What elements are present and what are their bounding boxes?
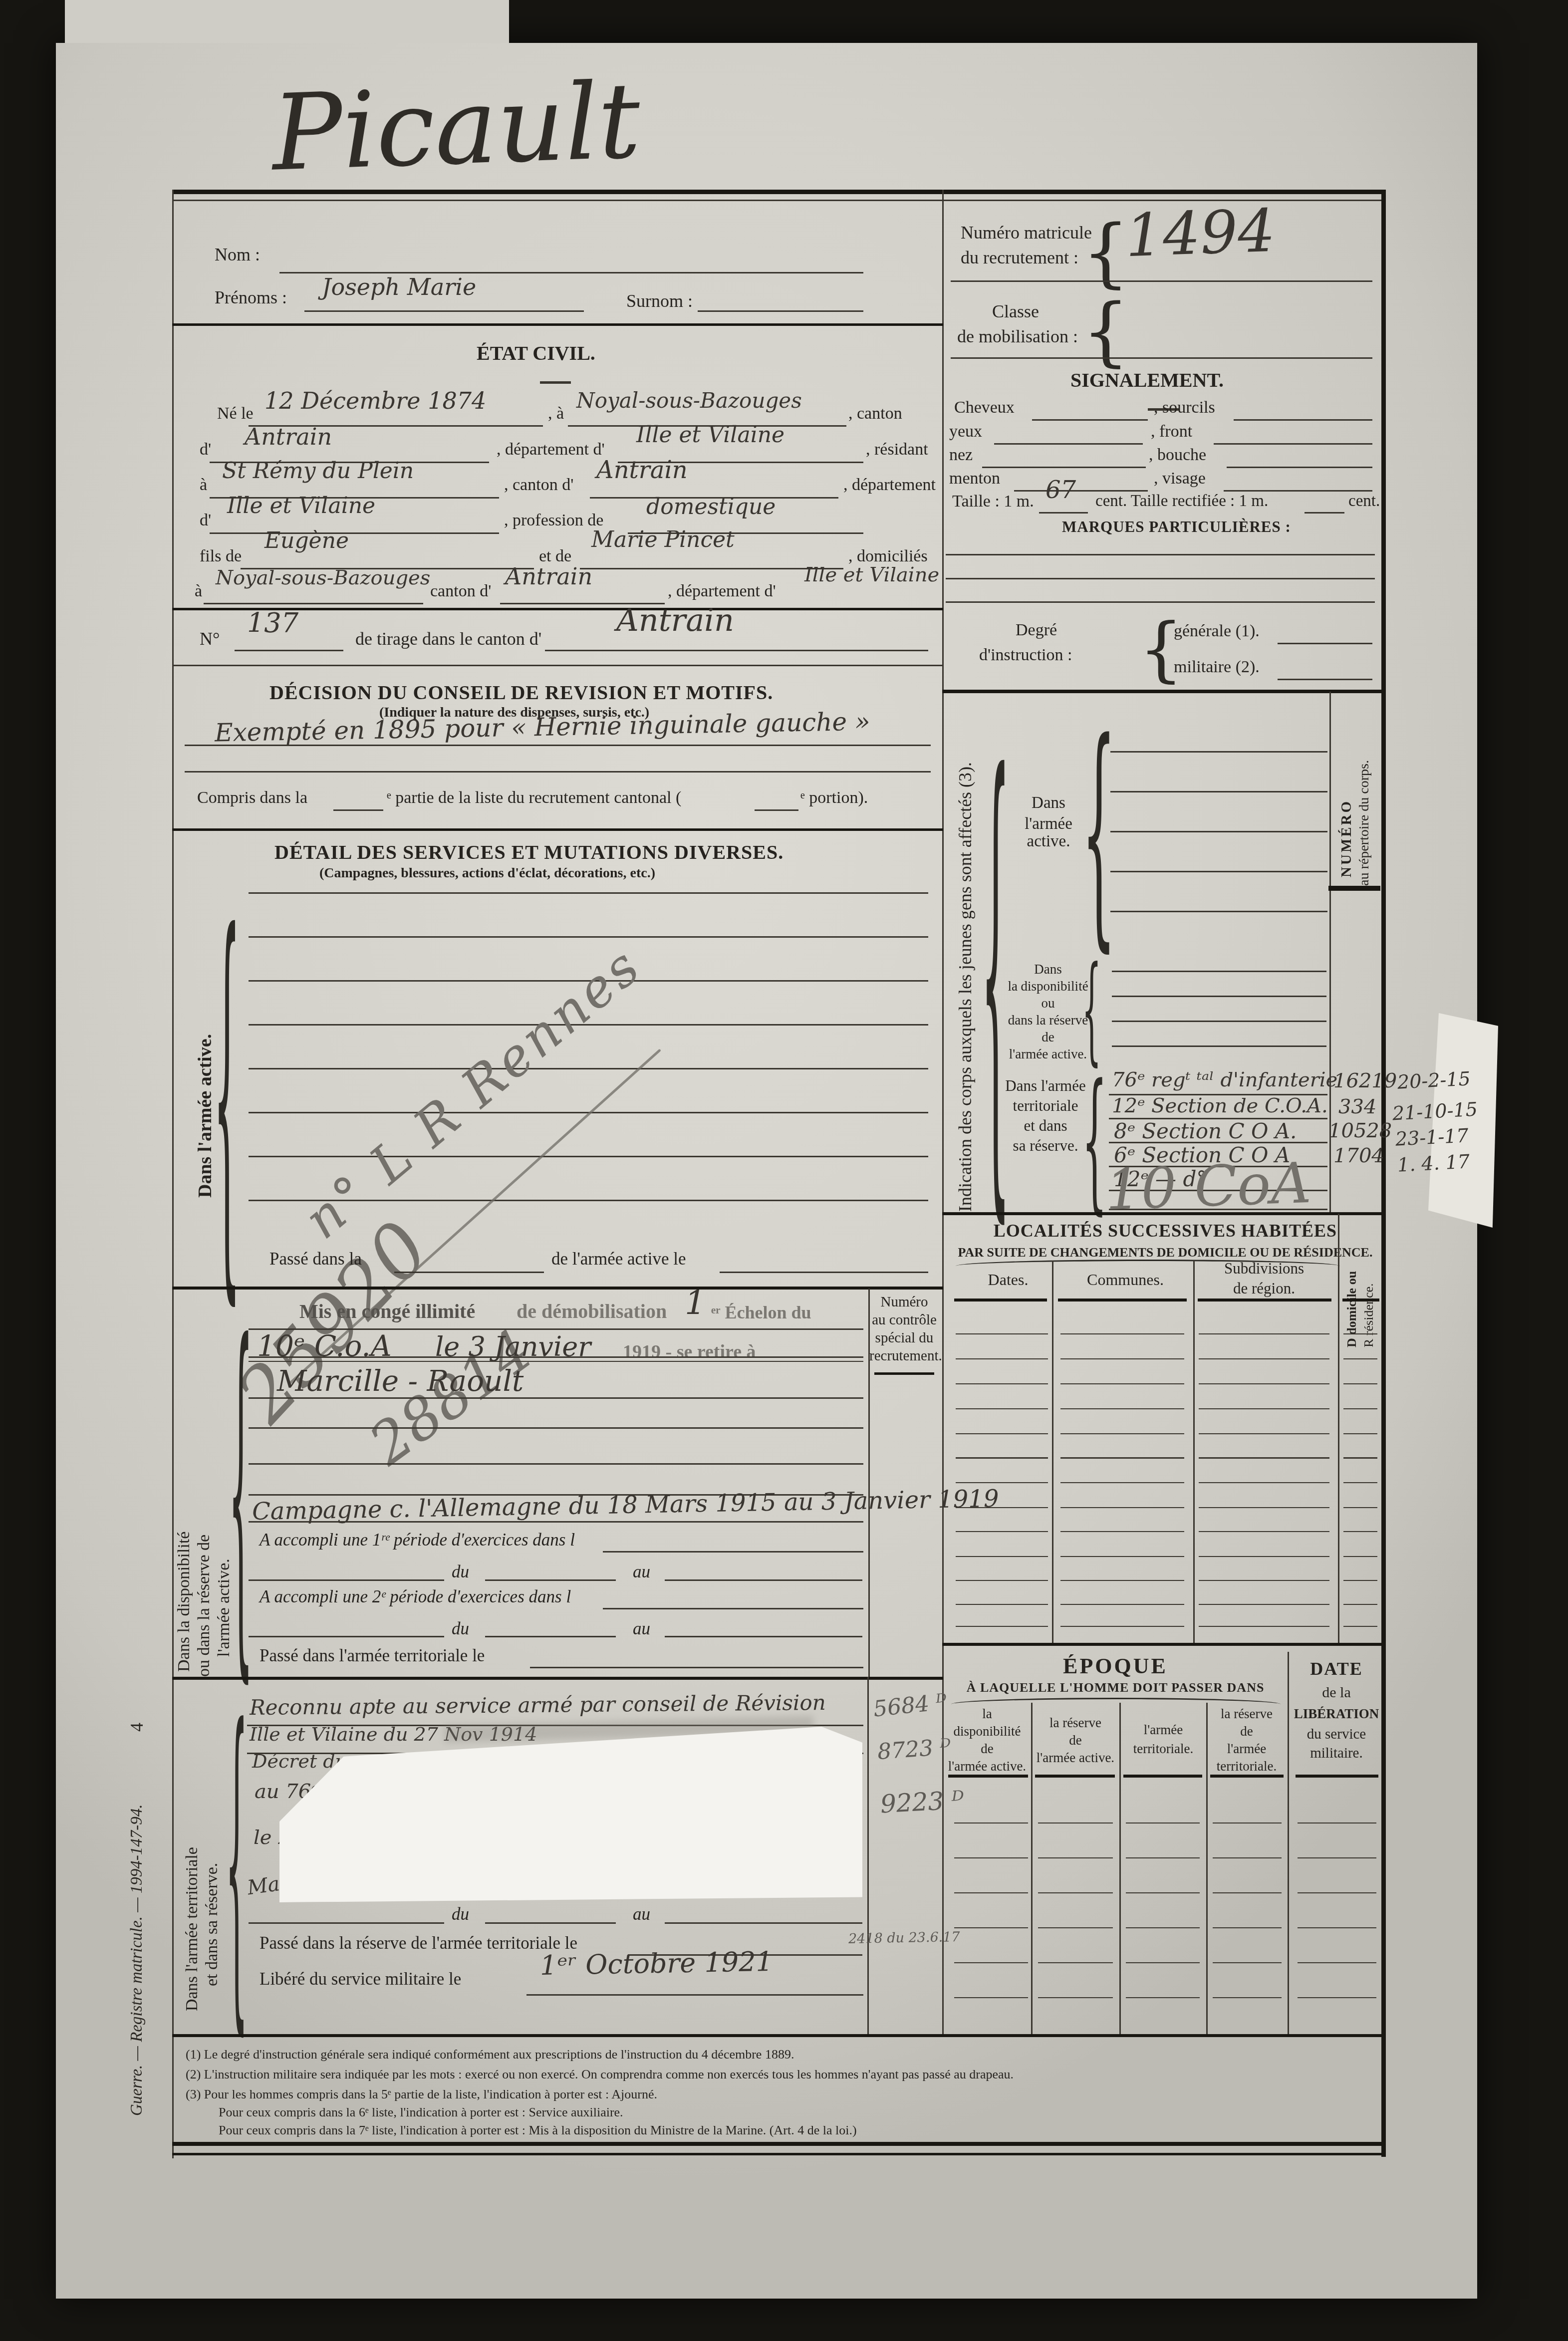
tirage-no-label: N°	[200, 630, 220, 648]
row-line	[1298, 1962, 1376, 1963]
line	[665, 1636, 862, 1637]
matricule-value: 1494	[1124, 201, 1276, 265]
profession-value: domestique	[646, 496, 776, 518]
margin-col-line	[867, 1677, 869, 2035]
corps-dispo-label-2: la disponibilité	[1003, 979, 1093, 993]
row-line	[954, 1927, 1028, 1928]
margin-date: 1. 4. 17	[1397, 1152, 1470, 1175]
adjacent-page-edge	[65, 0, 509, 43]
row-line	[954, 1997, 1028, 1998]
row-line	[956, 1408, 1048, 1409]
footnote-3: (3) Pour les hommes compris dans la 5ᵉ p…	[186, 2088, 657, 2101]
sourcils-label: , sourcils	[1154, 399, 1215, 416]
section-line	[172, 1677, 943, 1680]
conge-stamp-1: Mis en congé illimité	[299, 1301, 475, 1321]
corps-dispo-label-3: ou	[1003, 996, 1093, 1010]
epoque-c4: l'armée	[1210, 1742, 1284, 1756]
line	[994, 443, 1143, 445]
line	[394, 1272, 544, 1273]
taille-rectifiee-label: cent. Taille rectifiée : 1 m.	[1095, 493, 1268, 510]
line	[249, 1397, 863, 1399]
line	[1014, 490, 1148, 492]
line	[1110, 831, 1327, 832]
departement-value: Ille et Vilaine	[636, 424, 784, 446]
compris-c: ᵉ portion).	[800, 789, 868, 806]
au-label: au	[633, 1905, 650, 1923]
row-line	[1213, 1892, 1282, 1893]
line	[1110, 751, 1327, 753]
epoque-c2: de	[1034, 1733, 1117, 1747]
row-line	[1060, 1408, 1184, 1409]
table-col-line	[1031, 1703, 1033, 2035]
libere-value: 1ᵉʳ Octobre 1921	[540, 1948, 774, 1979]
row-line	[956, 1383, 1048, 1384]
hdr-underline	[1123, 1775, 1202, 1778]
classe-label-1: Classe	[992, 302, 1039, 320]
form-border-right	[1381, 190, 1386, 2157]
controle-label-2: au contrôle	[869, 1312, 939, 1327]
du-label: du	[452, 1563, 469, 1580]
degre-generale-label: générale (1).	[1174, 623, 1260, 640]
margin-caption: Guerre. — Registre matricule. — 1994-147…	[129, 1805, 145, 2116]
line	[249, 1636, 444, 1637]
passe-active-2: de l'armée active le	[551, 1250, 686, 1268]
taille-value: 67	[1045, 478, 1076, 502]
fils-label: fils de	[200, 548, 242, 565]
passe-territoriale-label: Passé dans l'armée territoriale le	[260, 1647, 485, 1664]
form-border-left	[172, 190, 174, 2158]
departement-label: , département d'	[497, 441, 605, 458]
conge-commune: Marcille - Raoult	[277, 1366, 523, 1395]
line	[204, 603, 423, 604]
row-line	[1199, 1457, 1329, 1459]
row-line	[1199, 1482, 1329, 1483]
table-col-line	[1193, 1261, 1195, 1645]
row-line	[1060, 1457, 1184, 1459]
row-line	[1298, 1822, 1376, 1823]
dep3-label: , département d'	[668, 583, 776, 600]
corps-dispo-brace: {	[1082, 951, 1101, 1068]
classe-line	[951, 357, 1372, 359]
row-line	[956, 1604, 1048, 1605]
line	[249, 892, 928, 894]
line	[665, 1579, 862, 1581]
etat-civil-title: ÉTAT CIVIL.	[477, 343, 595, 363]
controle-col-line	[868, 1289, 870, 1678]
section-line	[172, 1287, 943, 1290]
hdr-underline	[948, 1775, 1028, 1778]
line	[235, 650, 343, 651]
row-line	[1199, 1433, 1329, 1434]
row-line	[956, 1626, 1048, 1627]
corps-bottom-line	[942, 1212, 1382, 1215]
epoque-c4: territoriale.	[1210, 1759, 1284, 1773]
row-line	[1199, 1507, 1329, 1508]
passe-active-1: Passé dans la	[269, 1250, 362, 1268]
line	[526, 1994, 863, 1996]
epoque-subtitle: À LAQUELLE L'HOMME DOIT PASSER DANS	[948, 1681, 1283, 1694]
row-line	[1038, 1822, 1113, 1823]
line	[603, 1608, 863, 1609]
surname-handwritten: Picault	[270, 68, 642, 186]
row-line	[1199, 1604, 1329, 1605]
matricule-brace: {	[1082, 216, 1129, 290]
row-line	[1343, 1507, 1377, 1508]
epoque-c2: l'armée active.	[1034, 1751, 1117, 1765]
line	[185, 745, 931, 746]
line	[982, 467, 1146, 468]
au-label: au	[633, 1563, 650, 1580]
classe-label-2: de mobilisation :	[957, 327, 1078, 345]
periode2-label: A accompli une 2ᵉ période d'exercices da…	[260, 1588, 571, 1605]
detail-subtitle: (Campagnes, blessures, actions d'éclat, …	[319, 866, 655, 880]
epoque-date-1: DATE	[1292, 1660, 1381, 1679]
epoque-date-4: du service	[1292, 1727, 1381, 1742]
footnote-separator	[172, 2034, 1386, 2037]
d-label: d'	[200, 441, 211, 458]
row-line	[1199, 1408, 1329, 1409]
a2-label: à	[200, 477, 207, 494]
row-line	[954, 1822, 1028, 1823]
localites-subtitle: PAR SUITE DE CHANGEMENTS DE DOMICILE OU …	[948, 1246, 1382, 1259]
d2-label: d'	[200, 512, 211, 529]
canton-label: , canton	[848, 405, 902, 422]
numero-repertoire-2: au répertoire du corps.	[1357, 760, 1371, 886]
controle-label-1: Numéro	[869, 1295, 939, 1309]
row-line	[956, 1507, 1048, 1508]
conge-stamp-3: ᵉʳ Échelon du	[711, 1303, 811, 1321]
tirage-no-value: 137	[247, 610, 298, 637]
epoque-date-2: de la	[1292, 1685, 1381, 1701]
dep2-label: , département	[843, 477, 936, 494]
epoque-c1: de	[947, 1742, 1027, 1756]
terr-margin-num: 8723 ᴰ	[877, 1736, 952, 1763]
line	[485, 1636, 616, 1637]
row-line	[1038, 1892, 1113, 1893]
row-line	[1343, 1580, 1377, 1581]
epoque-date-5: militaire.	[1292, 1746, 1381, 1761]
row-line	[1343, 1556, 1377, 1557]
corps-entry-num: 16219	[1333, 1071, 1397, 1091]
canton-value: Antrain	[245, 425, 332, 448]
hdr-underline	[1198, 1299, 1331, 1301]
marques-label: MARQUES PARTICULIÈRES :	[1062, 519, 1291, 534]
detail-title: DÉTAIL DES SERVICES ET MUTATIONS DIVERSE…	[274, 842, 784, 862]
row-line	[1343, 1482, 1377, 1483]
corps-entry-num: 334	[1338, 1097, 1376, 1117]
localites-col-subdiv-2: de région.	[1199, 1281, 1329, 1297]
du-label: du	[452, 1620, 469, 1637]
corps-dispo-label-4: dans la réserve	[1003, 1013, 1093, 1027]
row-line	[1343, 1333, 1377, 1334]
hdr-underline	[1035, 1775, 1115, 1778]
degre-label-2: d'instruction :	[979, 647, 1072, 664]
libere-label: Libéré du service militaire le	[260, 1970, 461, 1988]
armee-active-vertical-label: Dans l'armée active.	[196, 1034, 215, 1198]
birthdate-value: 12 Décembre 1874	[264, 389, 486, 412]
row-line	[1343, 1531, 1377, 1532]
localites-dr-1: D domicile ou	[1345, 1271, 1358, 1347]
prenoms-line	[304, 310, 584, 312]
cent-label: cent.	[1348, 493, 1380, 510]
line	[1278, 643, 1372, 644]
matricule-label-2: du recrutement :	[961, 249, 1078, 266]
line	[249, 936, 928, 938]
row-line	[1126, 1822, 1200, 1823]
signalement-title: SIGNALEMENT.	[1070, 370, 1224, 390]
row-line	[956, 1580, 1048, 1581]
localites-col-communes: Communes.	[1063, 1272, 1188, 1289]
pere-value: Eugène	[264, 530, 349, 552]
prenoms-value: Joseph Marie	[322, 275, 476, 298]
row-line	[1199, 1358, 1329, 1359]
row-line	[1038, 1857, 1113, 1858]
corps-entry-num: 1704	[1333, 1146, 1384, 1166]
row-line	[1298, 1927, 1376, 1928]
bouche-label: , bouche	[1149, 447, 1206, 464]
visage-label: , visage	[1154, 470, 1206, 487]
row-line	[1298, 1857, 1376, 1858]
margin-date: 20-2-15	[1397, 1069, 1471, 1092]
line	[210, 532, 499, 534]
row-line	[1060, 1507, 1184, 1508]
row-line	[1126, 1927, 1200, 1928]
terr-brace: {	[226, 1686, 248, 2035]
line	[946, 601, 1375, 603]
canton3-value: Antrain	[505, 565, 592, 588]
canton2-label: , canton d'	[504, 477, 573, 494]
row-line	[1199, 1531, 1329, 1532]
row-line	[1060, 1604, 1184, 1605]
profession-label: , profession de	[504, 512, 603, 529]
compris-b: ᵉ partie de la liste du recrutement cant…	[387, 789, 681, 806]
corps-dispo-label-1: Dans	[1003, 962, 1093, 976]
nez-label: nez	[949, 447, 973, 464]
line	[946, 578, 1375, 579]
controle-label-3: spécial du	[869, 1330, 939, 1345]
ne-le-label: Né le	[217, 405, 254, 422]
etat-civil-rule	[540, 381, 571, 384]
footnote-5: Pour ceux compris dans la 7ᵉ liste, l'in…	[219, 2124, 857, 2137]
epoque-c1: la	[947, 1707, 1027, 1721]
line	[185, 771, 931, 773]
row-line	[1199, 1626, 1329, 1627]
a-label: , à	[548, 405, 564, 422]
footnote-2: (2) L'instruction militaire sera indiqué…	[186, 2068, 1014, 2081]
row-line	[1343, 1457, 1377, 1459]
form-border-bottom	[172, 2142, 1386, 2146]
line	[249, 1521, 863, 1523]
line	[1234, 419, 1372, 421]
row-line	[1060, 1358, 1184, 1359]
etde-label: et de	[539, 548, 571, 565]
line	[1112, 1021, 1326, 1022]
localites-col-dates: Dates.	[963, 1272, 1053, 1289]
row-line	[1060, 1383, 1184, 1384]
register-scan: Picault Nom : Prénoms : Joseph Marie Sur…	[0, 0, 1568, 2341]
compris-a: Compris dans la	[197, 789, 307, 806]
line	[249, 1427, 863, 1429]
row-line	[1213, 1822, 1282, 1823]
armee-active-brace: {	[214, 884, 240, 1303]
matricule-line	[951, 280, 1372, 282]
dep2-value: Ille et Vilaine	[227, 495, 375, 517]
dispo-vertical-2: ou dans la réserve de	[196, 1535, 213, 1677]
line	[755, 809, 798, 811]
row-line	[1343, 1358, 1377, 1359]
hdr-underline	[1342, 1299, 1379, 1301]
row-line	[956, 1556, 1048, 1557]
row-line	[1343, 1433, 1377, 1434]
header-bottom-line	[172, 323, 943, 326]
localites-col-subdiv-1: Subdivisions	[1199, 1261, 1329, 1277]
corps-entry-name: 12ᵉ Section de C.O.A.	[1112, 1096, 1328, 1116]
menton-label: menton	[949, 470, 1000, 487]
line	[249, 1356, 863, 1358]
localites-bottom-line	[942, 1643, 1382, 1646]
row-line	[1060, 1556, 1184, 1557]
localites-dr-2: R résidence.	[1362, 1283, 1375, 1347]
corps-active-label-2: l'armée active.	[1006, 815, 1091, 850]
row-line	[1060, 1482, 1184, 1483]
row-line	[1298, 1892, 1376, 1893]
terr-hw-1: Reconnu apte au service armé par conseil…	[250, 1692, 826, 1718]
line	[1032, 419, 1148, 421]
decision-bottom-line	[172, 828, 943, 831]
yeux-label: yeux	[949, 423, 982, 440]
corps-entry-name: 8ᵉ Section C O A.	[1114, 1121, 1297, 1142]
numero-col-mark	[1328, 886, 1380, 891]
row-line	[956, 1358, 1048, 1359]
decision-title: DÉCISION DU CONSEIL DE REVISION ET MOTIF…	[269, 683, 773, 703]
prenoms-label: Prénoms :	[215, 288, 287, 306]
line	[485, 1922, 616, 1924]
line	[249, 1579, 444, 1581]
terr-margin-num: 9223 ᴰ	[880, 1788, 965, 1817]
table-col-line	[1119, 1703, 1121, 2035]
line	[249, 1922, 444, 1924]
table-col-line	[1288, 1652, 1289, 2035]
row-line	[954, 1857, 1028, 1858]
line	[1278, 679, 1372, 680]
row-line	[956, 1333, 1048, 1334]
line	[1039, 512, 1088, 514]
row-line	[1060, 1626, 1184, 1627]
au-label: au	[633, 1620, 650, 1637]
line	[530, 1667, 863, 1668]
domicilies-label: , domiciliés	[848, 548, 928, 565]
line	[946, 554, 1375, 555]
row-line	[1060, 1433, 1184, 1434]
row-line	[1213, 1927, 1282, 1928]
birthplace-value: Noyal-sous-Bazouges	[576, 390, 802, 411]
epoque-c1: l'armée active.	[947, 1759, 1027, 1773]
corps-extra-note: 10 CoA	[1104, 1155, 1312, 1218]
line	[249, 1361, 863, 1362]
epoque-c2: la réserve	[1034, 1716, 1117, 1730]
line	[1305, 512, 1344, 514]
domicile-value: Noyal-sous-Bazouges	[216, 568, 430, 588]
du-label: du	[452, 1905, 469, 1923]
line	[1224, 490, 1372, 492]
epoque-c4: la réserve	[1210, 1707, 1284, 1721]
footnote-1: (1) Le degré d'instruction générale sera…	[186, 2048, 794, 2061]
line	[603, 1551, 863, 1553]
corps-active-label-1: Dans	[1006, 794, 1091, 812]
front-label: , front	[1151, 423, 1192, 440]
residence-value: St Rémy du Plein	[222, 460, 414, 482]
row-line	[1298, 1997, 1376, 1998]
line	[1227, 467, 1372, 468]
surnom-line	[698, 310, 863, 312]
row-line	[1060, 1333, 1184, 1334]
margin-date: 21-10-15	[1392, 1100, 1478, 1123]
row-line	[1199, 1383, 1329, 1384]
epoque-c4: de	[1210, 1724, 1284, 1738]
hdr-underline	[954, 1299, 1047, 1301]
passe-reserve-label: Passé dans la réserve de l'armée territo…	[260, 1934, 577, 1952]
row-line	[1126, 1857, 1200, 1858]
row-line	[1213, 1857, 1282, 1858]
table-col-line	[1338, 1214, 1339, 1645]
a3-label: à	[195, 583, 202, 600]
nom-label: Nom :	[215, 246, 260, 263]
row-line	[1199, 1333, 1329, 1334]
mere-value: Marie Pincet	[591, 529, 735, 551]
row-line	[1199, 1556, 1329, 1557]
table-col-line	[1206, 1703, 1208, 2035]
degre-label-1: Degré	[1016, 622, 1057, 639]
row-line	[956, 1482, 1048, 1483]
margin-caption-number: 4	[128, 1723, 146, 1732]
epoque-date-3: LIBÉRATION	[1292, 1707, 1381, 1721]
terr-margin-note: 2418 du 23.6.17	[848, 1930, 960, 1946]
matricule-label-1: Numéro matricule	[961, 224, 1092, 242]
corps-entry-name: 76ᵉ regᵗ ᵗᵃˡ d'infanterie	[1112, 1070, 1337, 1090]
row-line	[956, 1531, 1048, 1532]
line	[333, 809, 383, 811]
line	[1214, 443, 1372, 445]
row-line	[956, 1433, 1048, 1434]
periode1-label: A accompli une 1ʳᵉ période d'exercices d…	[260, 1531, 575, 1549]
line	[249, 1463, 863, 1465]
corps-entry-num: 10528	[1328, 1121, 1392, 1141]
row-line	[1343, 1604, 1377, 1605]
row-line	[1126, 1892, 1200, 1893]
row-line	[1038, 1997, 1113, 1998]
line	[545, 650, 928, 651]
corps-terr-label-1: Dans l'armée	[998, 1078, 1093, 1094]
tirage-canton-value: Antrain	[616, 605, 734, 636]
line	[1110, 791, 1327, 792]
line	[485, 1579, 616, 1581]
corps-dispo-label-6: l'armée active.	[1003, 1047, 1093, 1061]
line	[249, 1068, 928, 1069]
canton3-label: canton d'	[430, 583, 491, 600]
epoque-c1: disponibilité	[947, 1724, 1027, 1738]
hdr-underline	[1296, 1775, 1378, 1778]
hdr-underline	[1210, 1775, 1284, 1778]
line	[1112, 971, 1326, 972]
row-line	[1213, 1997, 1282, 1998]
controle-mark	[874, 1372, 934, 1375]
table-col-line	[1052, 1261, 1053, 1645]
line	[720, 1272, 928, 1273]
line	[1112, 1045, 1326, 1047]
corps-terr-label-3: et dans	[998, 1118, 1093, 1134]
line	[1112, 996, 1326, 997]
row-line	[954, 1962, 1028, 1963]
